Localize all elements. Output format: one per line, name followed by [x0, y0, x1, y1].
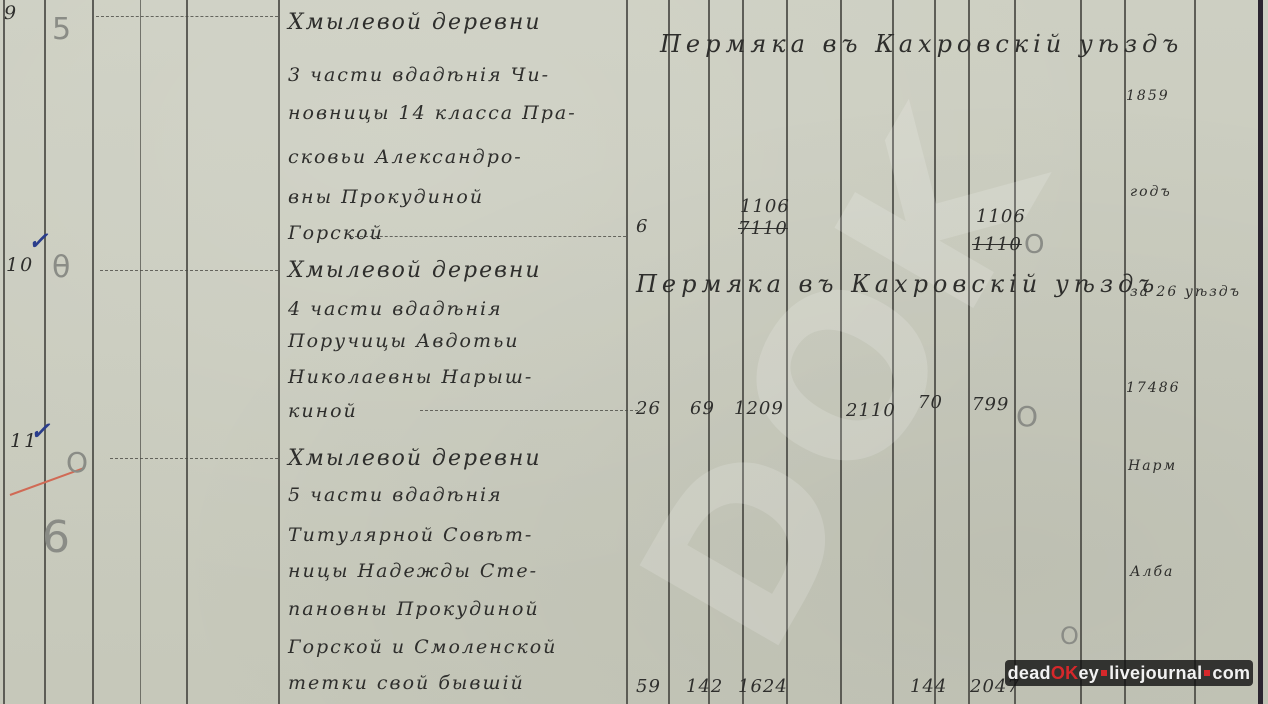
entry-note: Алба — [1130, 564, 1174, 580]
logo-text-tld: com — [1212, 663, 1250, 684]
pencil-mark: O — [1024, 230, 1046, 260]
leader-line — [96, 16, 278, 17]
entry-note: годъ — [1130, 184, 1172, 200]
entry-note: 17486 — [1126, 380, 1181, 396]
entry-value: 1106 — [976, 206, 1026, 227]
pencil-mark: 5 — [52, 12, 73, 47]
ruling-line — [278, 0, 280, 704]
ruling-line — [140, 0, 141, 704]
document-page: DOK 9 10 ✓ 11 ✓ 5 θ O 6 O O O Хмылевой д… — [0, 0, 1268, 704]
logo-text-suffix: ey — [1078, 663, 1099, 684]
leader-line — [100, 270, 278, 271]
entry-value: 1209 — [734, 398, 784, 419]
ruling-line — [1014, 0, 1016, 704]
pencil-mark: 6 — [42, 512, 72, 563]
entry-name-line: новницы 14 класса Пра- — [288, 102, 577, 124]
logo-dot-icon — [1204, 670, 1210, 676]
ruling-line — [1124, 0, 1126, 704]
logo-text-highlight: OK — [1051, 663, 1079, 684]
entry-note: 1859 — [1126, 88, 1170, 104]
ruling-line — [1194, 0, 1196, 704]
row-number: 9 — [4, 2, 18, 24]
pencil-mark: O — [66, 446, 90, 479]
entry-name-line: сковьи Александро- — [288, 146, 523, 168]
entry-value-struck: 7110 — [738, 218, 788, 239]
entry-name-line: Поручицы Авдотьи — [288, 330, 520, 352]
entry-value: 70 — [918, 392, 943, 413]
entry-value: 142 — [686, 676, 723, 697]
entry-value: 1624 — [738, 676, 788, 697]
entry-name-line: Горской и Смоленской — [288, 636, 557, 658]
entry-note: Нарм — [1128, 458, 1177, 474]
ruling-line — [626, 0, 628, 704]
entry-value: 1106 — [740, 196, 790, 217]
logo-text-domain: livejournal — [1109, 663, 1202, 684]
entry-value: 2110 — [846, 400, 896, 421]
check-mark-icon: ✓ — [30, 416, 52, 445]
entry-location: Пермяка въ Кахровскій уѣздъ — [636, 270, 1159, 298]
entry-name-line: 4 части вдадѣнія — [288, 298, 503, 320]
entry-value: 6 — [636, 216, 648, 237]
logo-dot-icon — [1101, 670, 1107, 676]
entry-name-line: Николаевны Нарыш- — [288, 366, 533, 388]
ruling-line — [92, 0, 94, 704]
ruling-line — [186, 0, 188, 704]
entry-name-line: ницы Надежды Сте- — [288, 560, 538, 582]
entry-name-line: пановны Прокудиной — [288, 598, 540, 620]
leader-line — [350, 236, 626, 237]
entry-value: 26 — [636, 398, 661, 419]
entry-name-line: Хмылевой деревни — [288, 10, 542, 35]
row-number: 10 — [6, 254, 34, 276]
pencil-mark: O — [1016, 400, 1040, 433]
ruling-line — [1080, 0, 1082, 704]
entry-name-line: вны Прокудиной — [288, 186, 484, 208]
ruling-line — [44, 0, 46, 704]
entry-value: 144 — [910, 676, 947, 697]
pencil-mark: θ — [52, 250, 72, 285]
entry-name-line: Хмылевой деревни — [288, 258, 542, 283]
page-binding-edge — [1258, 0, 1263, 704]
entry-name-line: киной — [288, 400, 358, 422]
entry-note: за 26 уѣздъ — [1130, 284, 1241, 300]
entry-value-struck: 1110 — [972, 234, 1022, 255]
site-watermark-logo: deadOKeylivejournalcom — [1005, 660, 1253, 686]
entry-name-line: Хмылевой деревни — [288, 446, 542, 471]
entry-location: Пермяка въ Кахровскій уѣздъ — [660, 30, 1183, 58]
entry-name-line: 5 части вдадѣнія — [288, 484, 503, 506]
leader-line — [420, 410, 638, 411]
entry-value: 799 — [972, 394, 1009, 415]
entry-name-line: Горской — [288, 222, 384, 244]
entry-name-line: 3 части вдадѣнія Чи- — [288, 64, 550, 86]
ruling-line — [3, 0, 5, 704]
entry-name-line: тетки свой бывшій — [288, 672, 525, 694]
leader-line — [110, 458, 278, 459]
pencil-mark: O — [1060, 622, 1081, 650]
entry-value: 59 — [636, 676, 661, 697]
check-mark-icon: ✓ — [28, 226, 50, 255]
logo-text-prefix: dead — [1008, 663, 1051, 684]
entry-value: 69 — [690, 398, 715, 419]
entry-name-line: Титулярной Совѣт- — [288, 524, 533, 546]
